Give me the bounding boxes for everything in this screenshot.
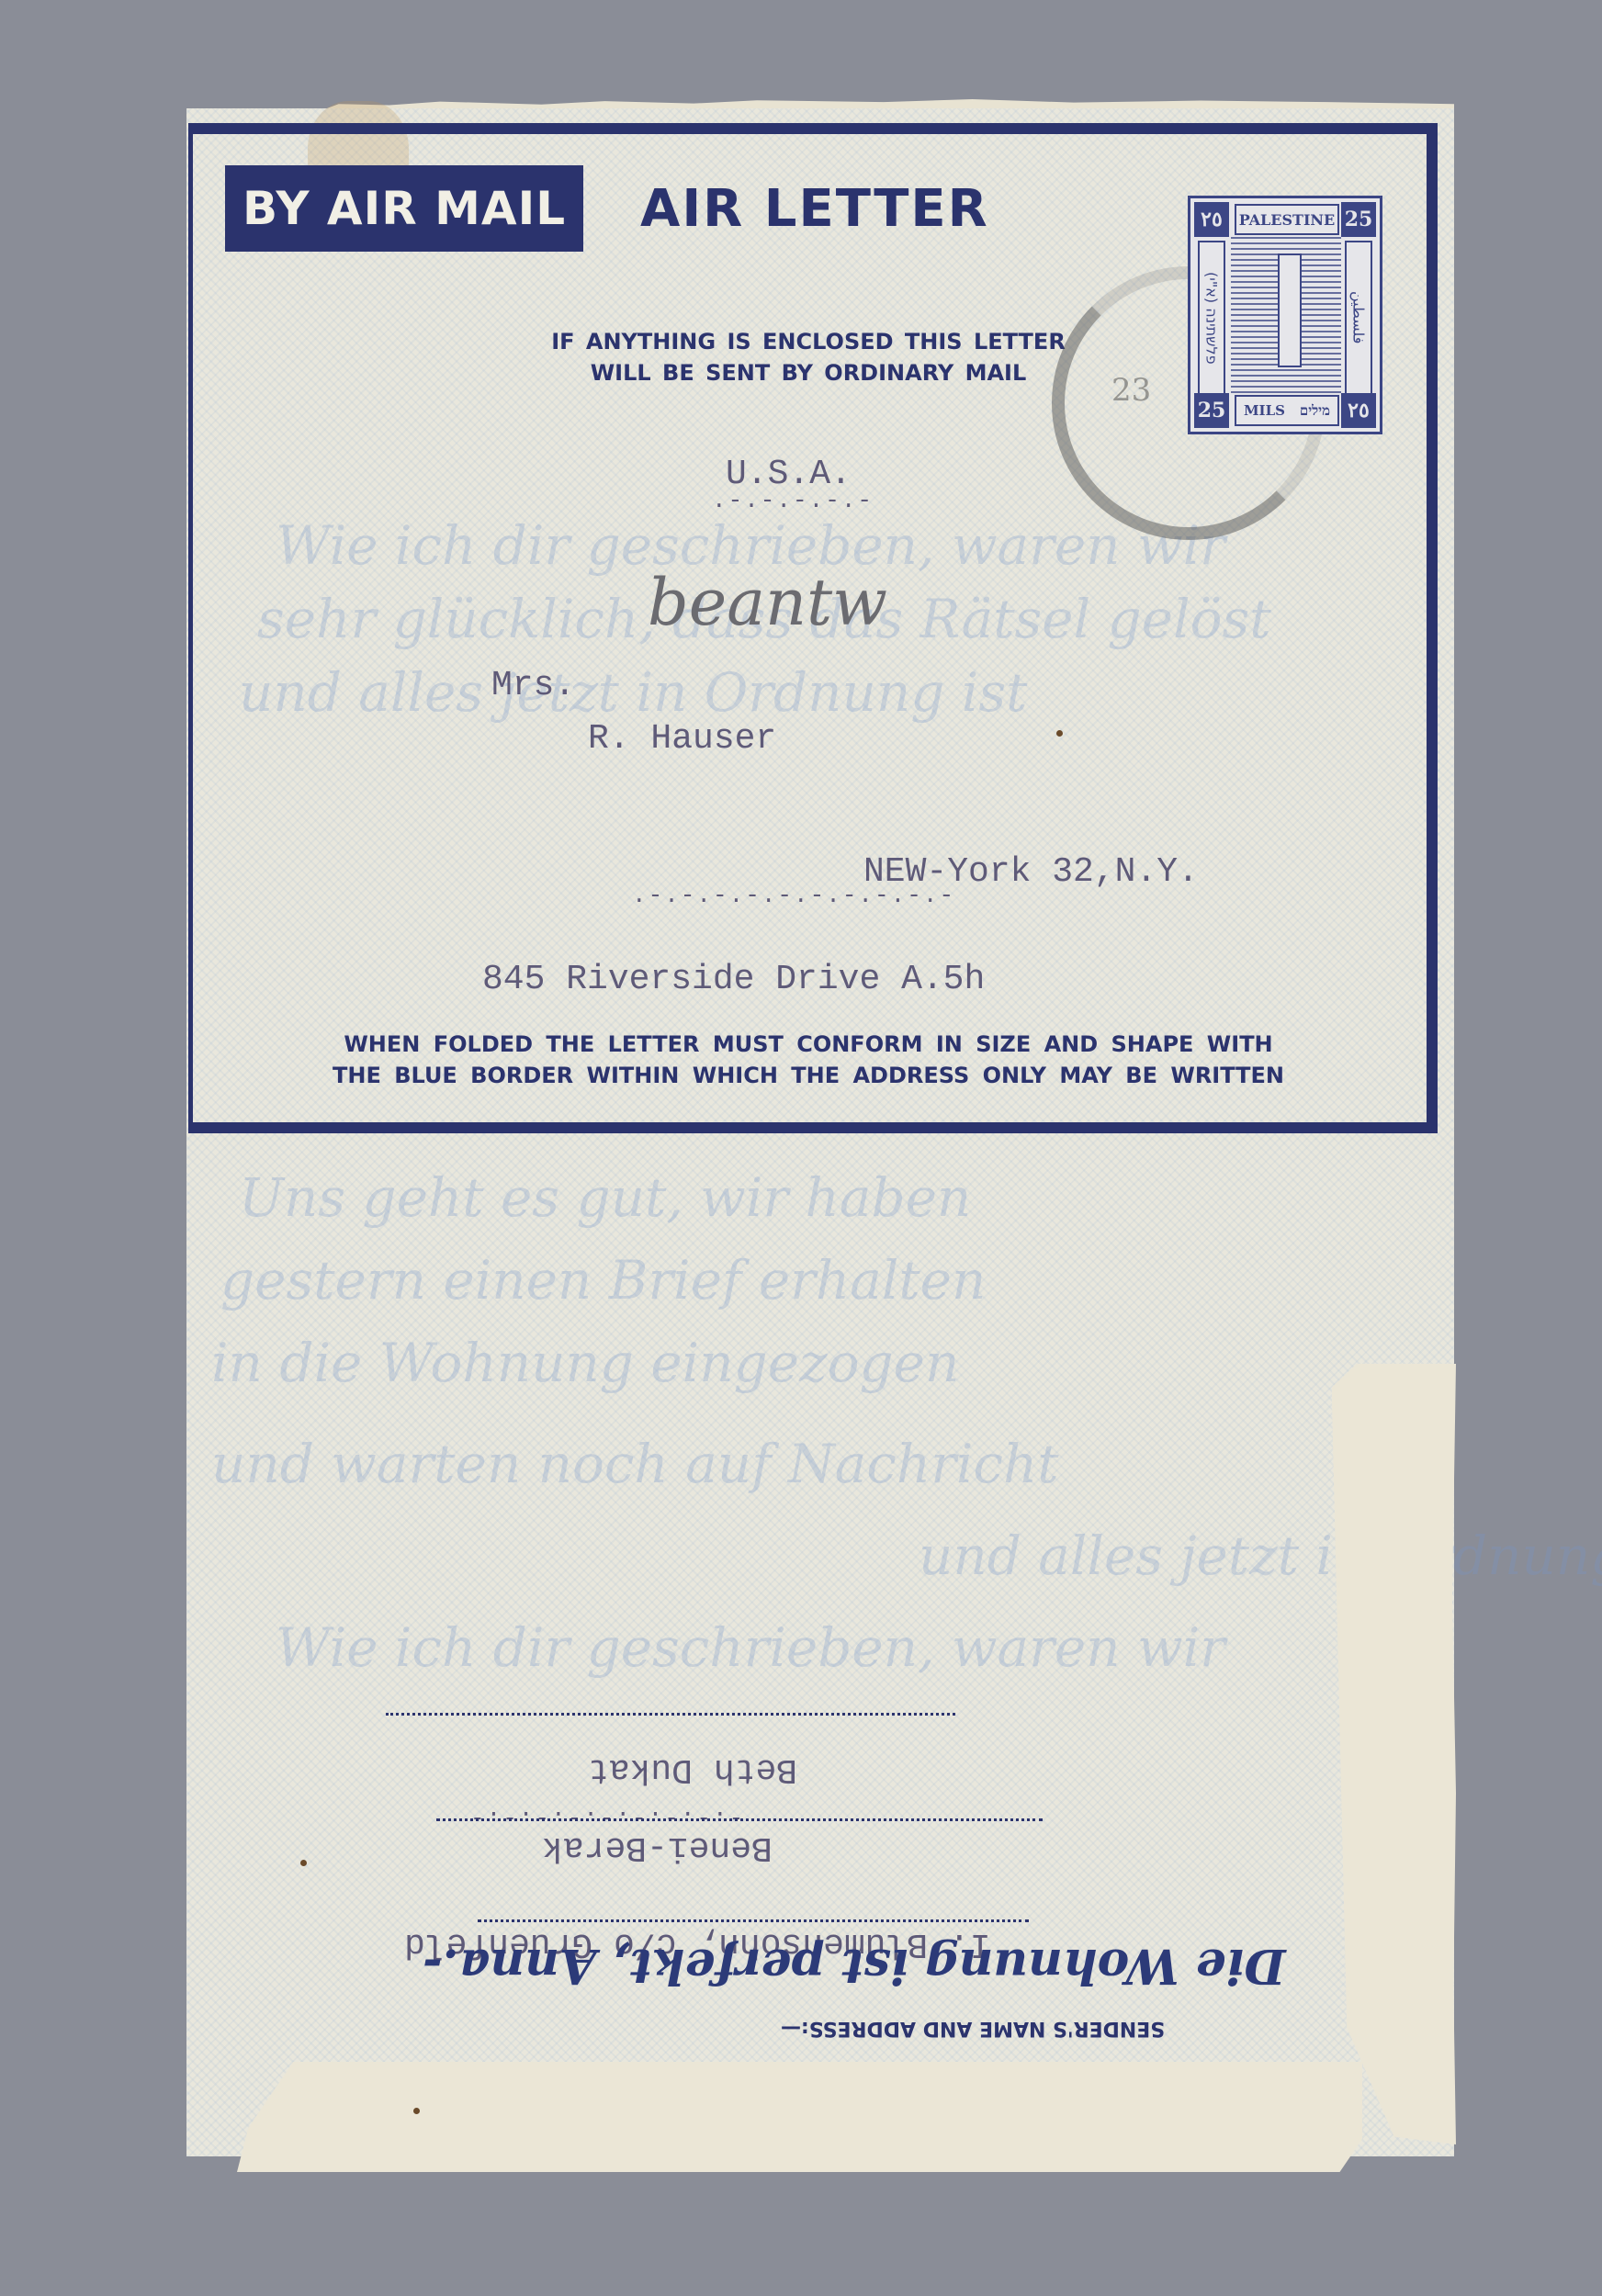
postage-stamp: ٢٥ PALESTINE 25 פלשתינה (א"י) فلسطين 25 … bbox=[1188, 196, 1382, 434]
sender-line2: Benei-Berak bbox=[542, 1828, 773, 1867]
sender-dotted-line bbox=[478, 1919, 1029, 1922]
sender-line3: Beth Dukat bbox=[588, 1750, 797, 1789]
pencil-note: beantw bbox=[648, 565, 887, 640]
stamp-value: 25 bbox=[1194, 393, 1229, 428]
ink-spot bbox=[413, 2108, 420, 2114]
postmark-date: 23 bbox=[1111, 372, 1151, 409]
right-flap bbox=[1332, 1364, 1456, 2144]
stamp-value-arabic: ٢٥ bbox=[1194, 202, 1229, 237]
ink-spot bbox=[1056, 730, 1063, 737]
stamp-value-arabic: ٢٥ bbox=[1341, 393, 1376, 428]
ghost-handwriting: Wie ich dir geschrieben, waren wir bbox=[276, 1616, 1225, 1679]
handwritten-note: Die Wohnung ist perfekt, Anna.- bbox=[423, 1938, 1286, 1994]
address-street: 845 Riverside Drive A.5h bbox=[482, 960, 985, 999]
fold-notice: WHEN FOLDED THE LETTER MUST CONFORM IN S… bbox=[262, 1029, 1355, 1091]
stamp-value: 25 bbox=[1341, 202, 1376, 237]
ghost-handwriting: und alles jetzt in Ordnung ist bbox=[919, 1525, 1602, 1587]
city-underline: .-.-.-.-.-.-.-.-.-.- bbox=[632, 882, 955, 909]
address-name: R. Hauser bbox=[588, 719, 776, 759]
ghost-handwriting: gestern einen Brief erhalten bbox=[220, 1249, 986, 1311]
stamp-country: PALESTINE bbox=[1235, 204, 1339, 235]
ghost-handwriting: und warten noch auf Nachricht bbox=[211, 1433, 1059, 1495]
sender-dotted-line bbox=[386, 1713, 955, 1716]
stamp-arabic-side: فلسطين bbox=[1345, 241, 1372, 395]
ghost-handwriting: Uns geht es gut, wir haben bbox=[239, 1166, 971, 1229]
air-letter-title: AIR LETTER bbox=[640, 179, 989, 239]
sender-label: SENDER'S NAME AND ADDRESS:— bbox=[781, 2017, 1165, 2040]
sender-dotted-line bbox=[436, 1818, 1043, 1821]
ghost-handwriting: in die Wohnung eingezogen bbox=[211, 1332, 959, 1394]
ink-spot bbox=[300, 1860, 307, 1866]
country-underline: .-.-.-.-.- bbox=[712, 487, 874, 514]
stamp-currency: MILS מילים bbox=[1235, 395, 1339, 426]
tower-icon bbox=[1278, 253, 1302, 367]
address-salutation: Mrs. bbox=[491, 666, 575, 705]
enclosure-notice: IF ANYTHING IS ENCLOSED THIS LETTER WILL… bbox=[514, 326, 1102, 388]
by-air-mail-label: BY AIR MAIL bbox=[225, 165, 583, 252]
stamp-hebrew-side: פלשתינה (א"י) bbox=[1198, 241, 1225, 395]
bottom-flap bbox=[237, 2062, 1362, 2172]
